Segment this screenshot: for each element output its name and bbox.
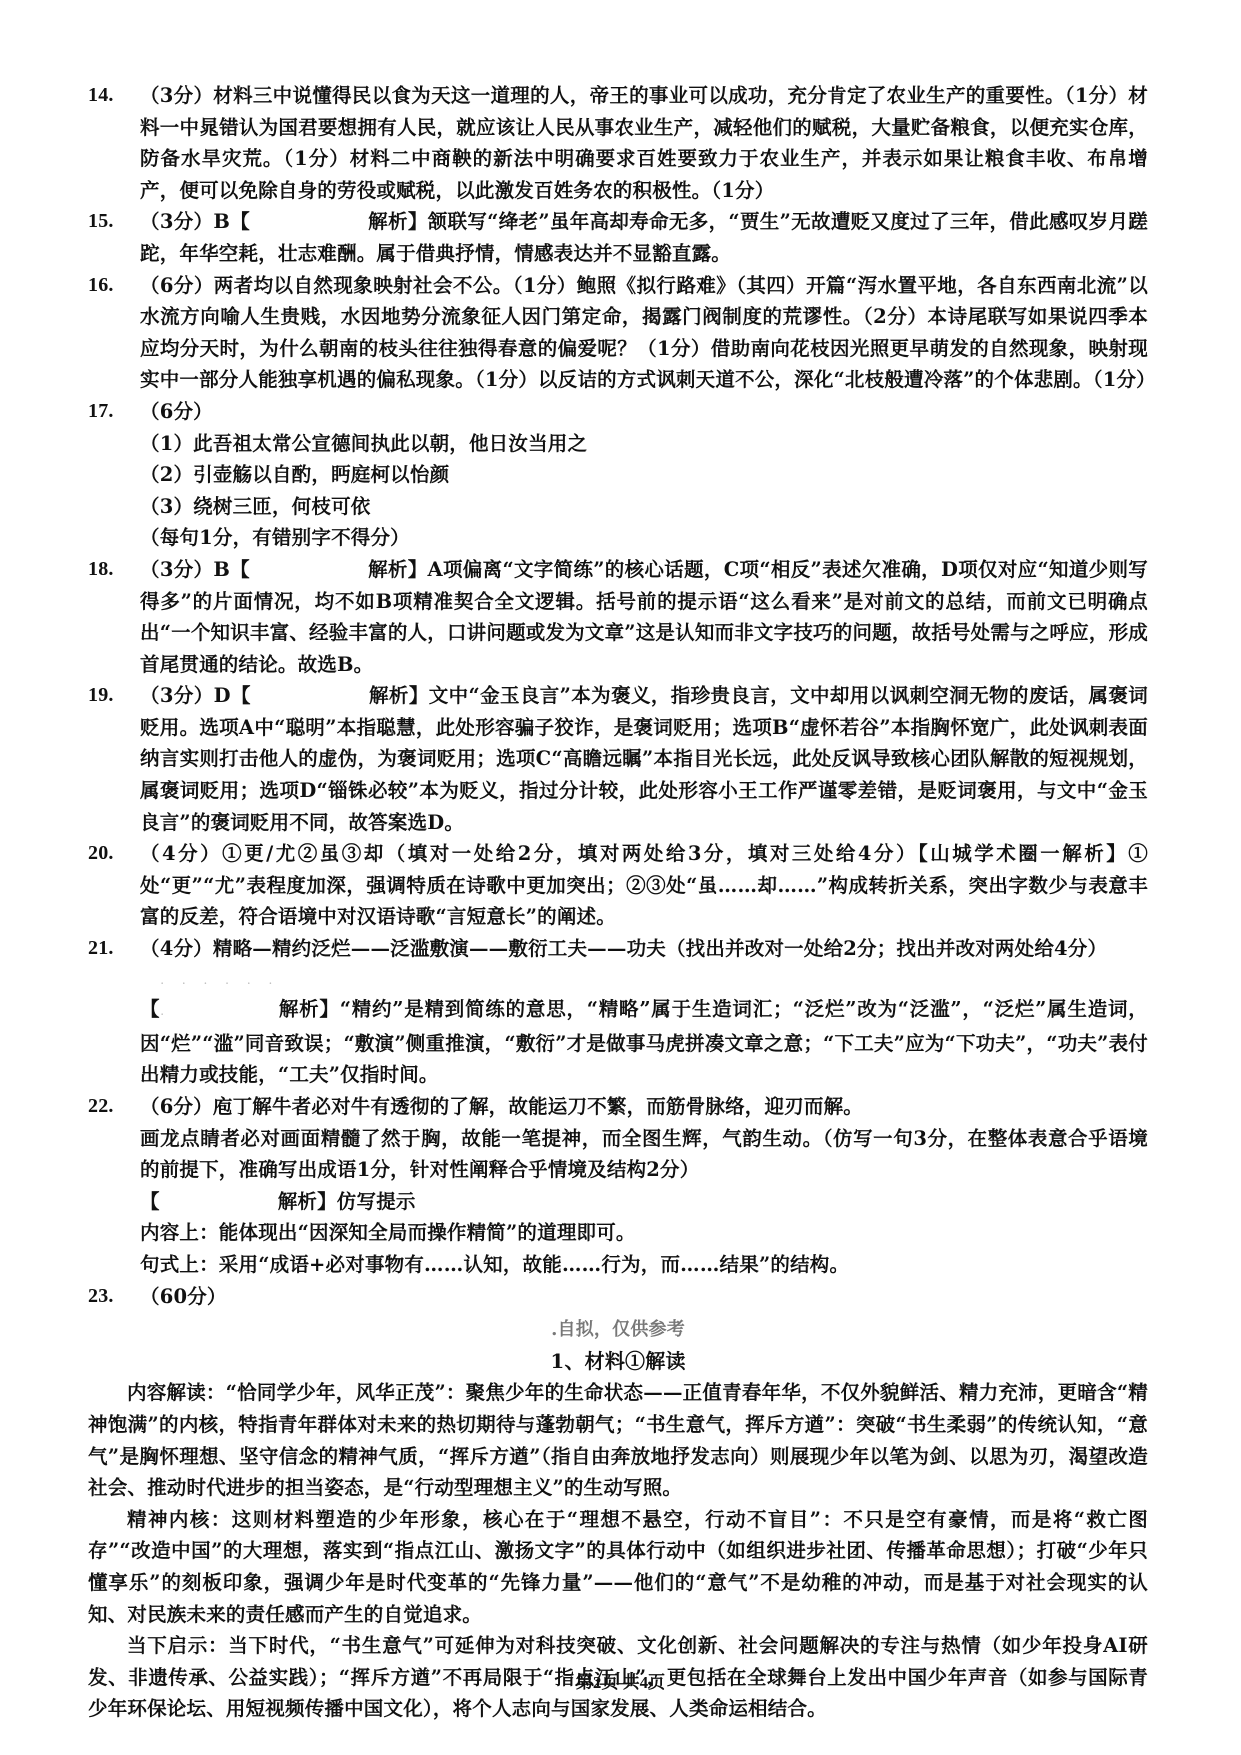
answer-item-19: 19. （3分）D【解析】文中“金玉良言”本为褒义，指珍贵良言，文中却用以讽刺空… [88,680,1148,838]
item-number: 23. [88,1281,114,1313]
item-number: 14. [88,80,114,112]
answer-item-15: 15. （3分）B【解析】颔联写“绛老”虽年高却寿命无多，“贾生”无故遭贬又度过… [88,206,1148,269]
item-text: （3分）B【解析】A项偏离“文字简练”的核心话题，C项“相反”表述欠准确，D项仅… [140,554,1148,680]
essay-paragraph-content: 内容解读：“恰同学少年，风华正茂”：聚焦少年的生命状态——正值青春年华，不仅外貌… [88,1377,1148,1503]
item-text: （6分）两者均以自然现象映射社会不公。（1分）鲍照《拟行路难》（其四）开篇“泻水… [140,270,1148,396]
answer-item-17: 17. （6分） （1）此吾祖太常公宣德间执此以朝，他日汝当用之 （2）引壶觞以… [88,396,1148,554]
redacted-blank: . . . . . . . [160,965,278,1028]
answer-content: 14. （3分）材料三中说懂得民以食为天这一道理的人，帝王的事业可以成功，充分肯… [88,80,1148,1725]
item-number: 21. [88,933,114,965]
answer-item-20: 20. （4分）①更/尤②虽③却（填对一处给2分，填对两处给3分，填对三处给4分… [88,838,1148,933]
item-number: 20. [88,838,114,870]
paragraph-text: “恰同学少年，风华正茂”：聚焦少年的生命状态——正值青春年华，不仅外貌鲜活、精力… [88,1381,1148,1499]
form-hint: 句式上：采用“成语+必对事物有……认知，故能……行为，而……结果”的结构。 [140,1249,1148,1281]
item-analysis: 解析】颔联写“绛老”虽年高却寿命无多，“贾生”无故遭贬又度过了三年，借此感叹岁月… [140,210,1148,265]
item-text: （3分）D【解析】文中“金玉良言”本为褒义，指珍贵良言，文中却用以讽刺空洞无物的… [140,680,1148,838]
item-analysis: 解析】文中“金玉良言”本为褒义，指珍贵良言，文中却用以讽刺空洞无物的废话，属褒词… [140,684,1148,833]
document-page: 14. （3分）材料三中说懂得民以食为天这一道理的人，帝王的事业可以成功，充分肯… [0,0,1241,1755]
item-number: 18. [88,554,114,586]
item-number: 17. [88,396,114,428]
item-text: （3分）材料三中说懂得民以食为天这一道理的人，帝王的事业可以成功，充分肯定了农业… [140,80,1148,206]
answer-item-21: 21. （4分）精略—精约泛烂——泛滥敷演——敷衍工夫——功夫（找出并改对一处给… [88,933,1148,1091]
content-hint: 内容上：能体现出“因深知全局而操作精简”的道理即可。 [140,1217,1148,1249]
page-footer: 第2页 共4页 [0,1668,1241,1693]
item-number: 19. [88,680,114,712]
item-analysis: 解析】仿写提示 [278,1190,416,1213]
paragraph-lead: 内容解读： [127,1381,226,1404]
answer-line-1: （1）此吾祖太常公宣德间执此以朝，他日汝当用之 [140,428,1148,460]
paragraph-lead: 精神内核： [127,1508,232,1531]
item-head: （6分） [140,396,1148,428]
item-text: （3分）B【解析】颔联写“绛老”虽年高却寿命无多，“贾生”无故遭贬又度过了三年，… [140,206,1148,269]
essay-paragraph-core: 精神内核：这则材料塑造的少年形象，核心在于“理想不悬空，行动不盲目”：不只是空有… [88,1504,1148,1630]
item-head: （6分）庖丁解牛者必对牛有透彻的了解，故能运刀不繁，而筋骨脉络，迎刃而解。 [140,1091,1148,1123]
scoring-note: （每句1分，有错别字不得分） [140,522,1148,554]
item-number: 22. [88,1091,114,1123]
answer-item-16: 16. （6分）两者均以自然现象映射社会不公。（1分）鲍照《拟行路难》（其四）开… [88,270,1148,396]
answer-item-14: 14. （3分）材料三中说懂得民以食为天这一道理的人，帝王的事业可以成功，充分肯… [88,80,1148,206]
answer-item-22: 22. （6分）庖丁解牛者必对牛有透彻的了解，故能运刀不繁，而筋骨脉络，迎刃而解… [88,1091,1148,1281]
item-analysis-line: 【解析】仿写提示 [140,1186,1148,1218]
item-prefix: 【 [140,997,160,1020]
item-number: 16. [88,270,114,302]
paragraph-text: 这则材料塑造的少年形象，核心在于“理想不悬空，行动不盲目”：不只是空有豪情，而是… [88,1508,1148,1626]
item-text: 画龙点睛者必对画面精髓了然于胸，故能一笔提神，而全图生辉，气韵生动。（仿写一句3… [140,1123,1148,1186]
answer-line-2: （2）引壶觞以自酌，眄庭柯以怡颜 [140,459,1148,491]
item-head: （4分）精略—精约泛烂——泛滥敷演——敷衍工夫——功夫（找出并改对一处给2分；找… [140,933,1148,965]
reference-note: .自拟，仅供参考 [88,1314,1148,1346]
item-head: （60分） [140,1281,1148,1313]
item-prefix: 【 [140,1190,160,1213]
item-number: 15. [88,206,114,238]
item-analysis: 解析】A项偏离“文字简练”的核心话题，C项“相反”表述欠准确，D项仅对应“知道少… [140,558,1148,676]
item-text: 【. . . . . . .解析】“精约”是精到简练的意思，“精略”属于生造词汇… [140,965,1148,1091]
answer-item-23: 23. （60分） [88,1281,1148,1313]
paragraph-lead: 当下启示： [127,1634,228,1657]
item-prefix: （3分）B【 [140,558,250,581]
item-analysis: 解析】“精约”是精到简练的意思，“精略”属于生造词汇；“泛烂”改为“泛滥”，“泛… [140,997,1148,1086]
item-prefix: （3分）B【 [140,210,250,233]
section-title: 1、材料①解读 [88,1346,1148,1378]
item-prefix: （3分）D【 [140,684,251,707]
answer-item-18: 18. （3分）B【解析】A项偏离“文字简练”的核心话题，C项“相反”表述欠准确… [88,554,1148,680]
item-text: （4分）①更/尤②虽③却（填对一处给2分，填对两处给3分，填对三处给4分）【山城… [140,838,1148,933]
answer-line-3: （3）绕树三匝，何枝可依 [140,491,1148,523]
